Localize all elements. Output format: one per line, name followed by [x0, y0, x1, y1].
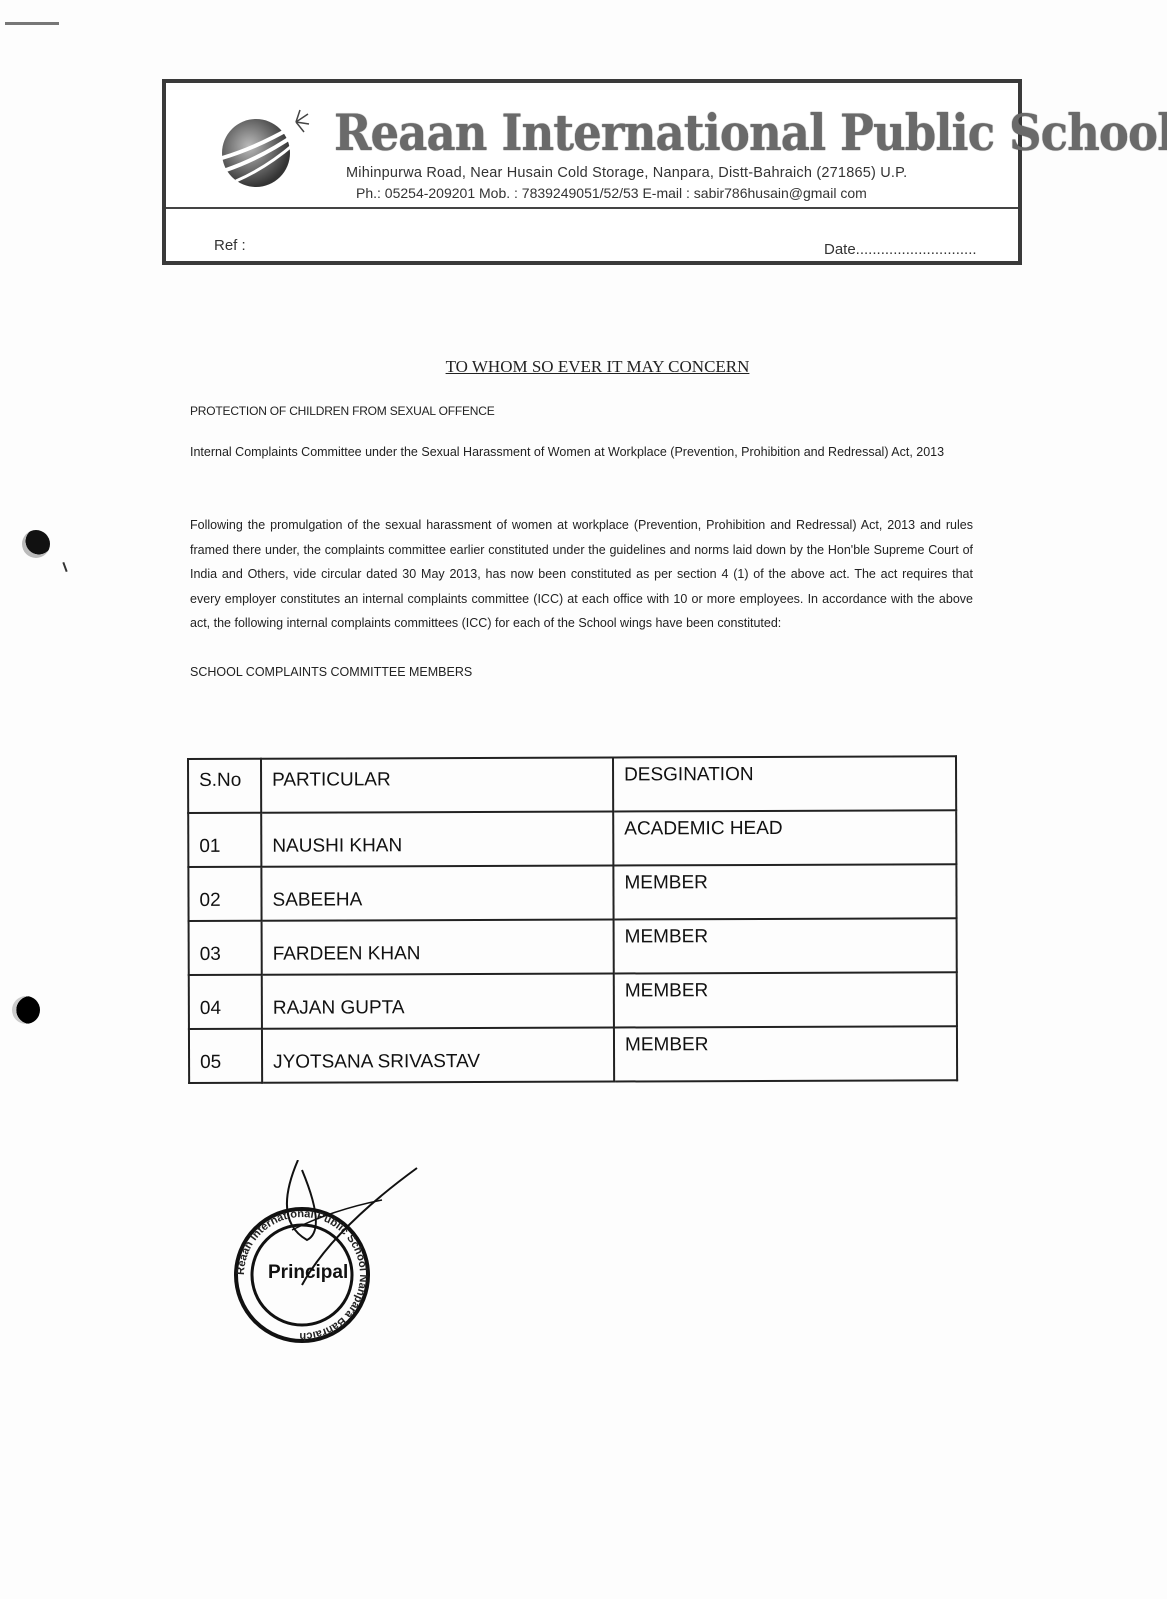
cell-sno: 03 [189, 921, 262, 975]
table-header-row: S.No PARTICULAR DESGINATION [188, 756, 956, 813]
principal-stamp-icon: Reaan International Public School Nanpar… [232, 1160, 422, 1350]
cell-sno: 05 [189, 1029, 262, 1083]
table-row: 03 FARDEEN KHAN MEMBER [189, 918, 957, 975]
stamp-principal-label: Principal [268, 1262, 348, 1284]
cell-name: NAUSHI KHAN [261, 812, 613, 867]
cell-name: JYOTSANA SRIVASTAV [262, 1028, 614, 1083]
table-row: 04 RAJAN GUPTA MEMBER [189, 972, 957, 1029]
cell-designation: MEMBER [614, 918, 957, 973]
cell-designation: MEMBER [614, 1026, 957, 1081]
cell-sno: 01 [188, 813, 261, 867]
cell-name: SABEEHA [261, 866, 613, 921]
school-contact: Ph.: 05254-209201 Mob. : 7839249051/52/5… [356, 185, 867, 201]
header-particular: PARTICULAR [261, 758, 613, 813]
cell-sno: 04 [189, 975, 262, 1029]
cell-name: RAJAN GUPTA [262, 974, 614, 1029]
cell-sno: 02 [188, 867, 261, 921]
scan-mark [62, 562, 67, 572]
punch-hole [12, 996, 40, 1024]
cell-designation: ACADEMIC HEAD [613, 810, 956, 865]
cell-name: FARDEEN KHAN [262, 920, 614, 975]
document-title: TO WHOM SO EVER IT MAY CONCERN [0, 357, 1167, 377]
committee-table: S.No PARTICULAR DESGINATION 01 NAUSHI KH… [187, 755, 958, 1084]
table-row: 02 SABEEHA MEMBER [188, 864, 956, 921]
punch-hole [22, 530, 50, 558]
school-name: Reaan International Public School [334, 103, 1167, 162]
cell-designation: MEMBER [614, 972, 957, 1027]
body-paragraph: Following the promulgation of the sexual… [190, 513, 973, 636]
divider [166, 207, 1018, 209]
members-heading: SCHOOL COMPLAINTS COMMITTEE MEMBERS [190, 665, 472, 679]
header-designation: DESGINATION [613, 756, 956, 811]
table-row: 01 NAUSHI KHAN ACADEMIC HEAD [188, 810, 956, 867]
header-sno: S.No [188, 759, 261, 813]
school-address: Mihinpurwa Road, Near Husain Cold Storag… [346, 165, 907, 181]
table-row: 05 JYOTSANA SRIVASTAV MEMBER [189, 1026, 957, 1083]
cell-designation: MEMBER [613, 864, 956, 919]
intro-paragraph: Internal Complaints Committee under the … [190, 440, 973, 464]
globe-logo-icon [216, 108, 311, 193]
letterhead: Reaan International Public School Mihinp… [162, 79, 1022, 265]
date-field: Date............................. [824, 241, 977, 258]
ref-field: Ref : [214, 237, 246, 254]
scan-mark [5, 22, 59, 25]
document-subject: PROTECTION OF CHILDREN FROM SEXUAL OFFEN… [190, 404, 495, 418]
